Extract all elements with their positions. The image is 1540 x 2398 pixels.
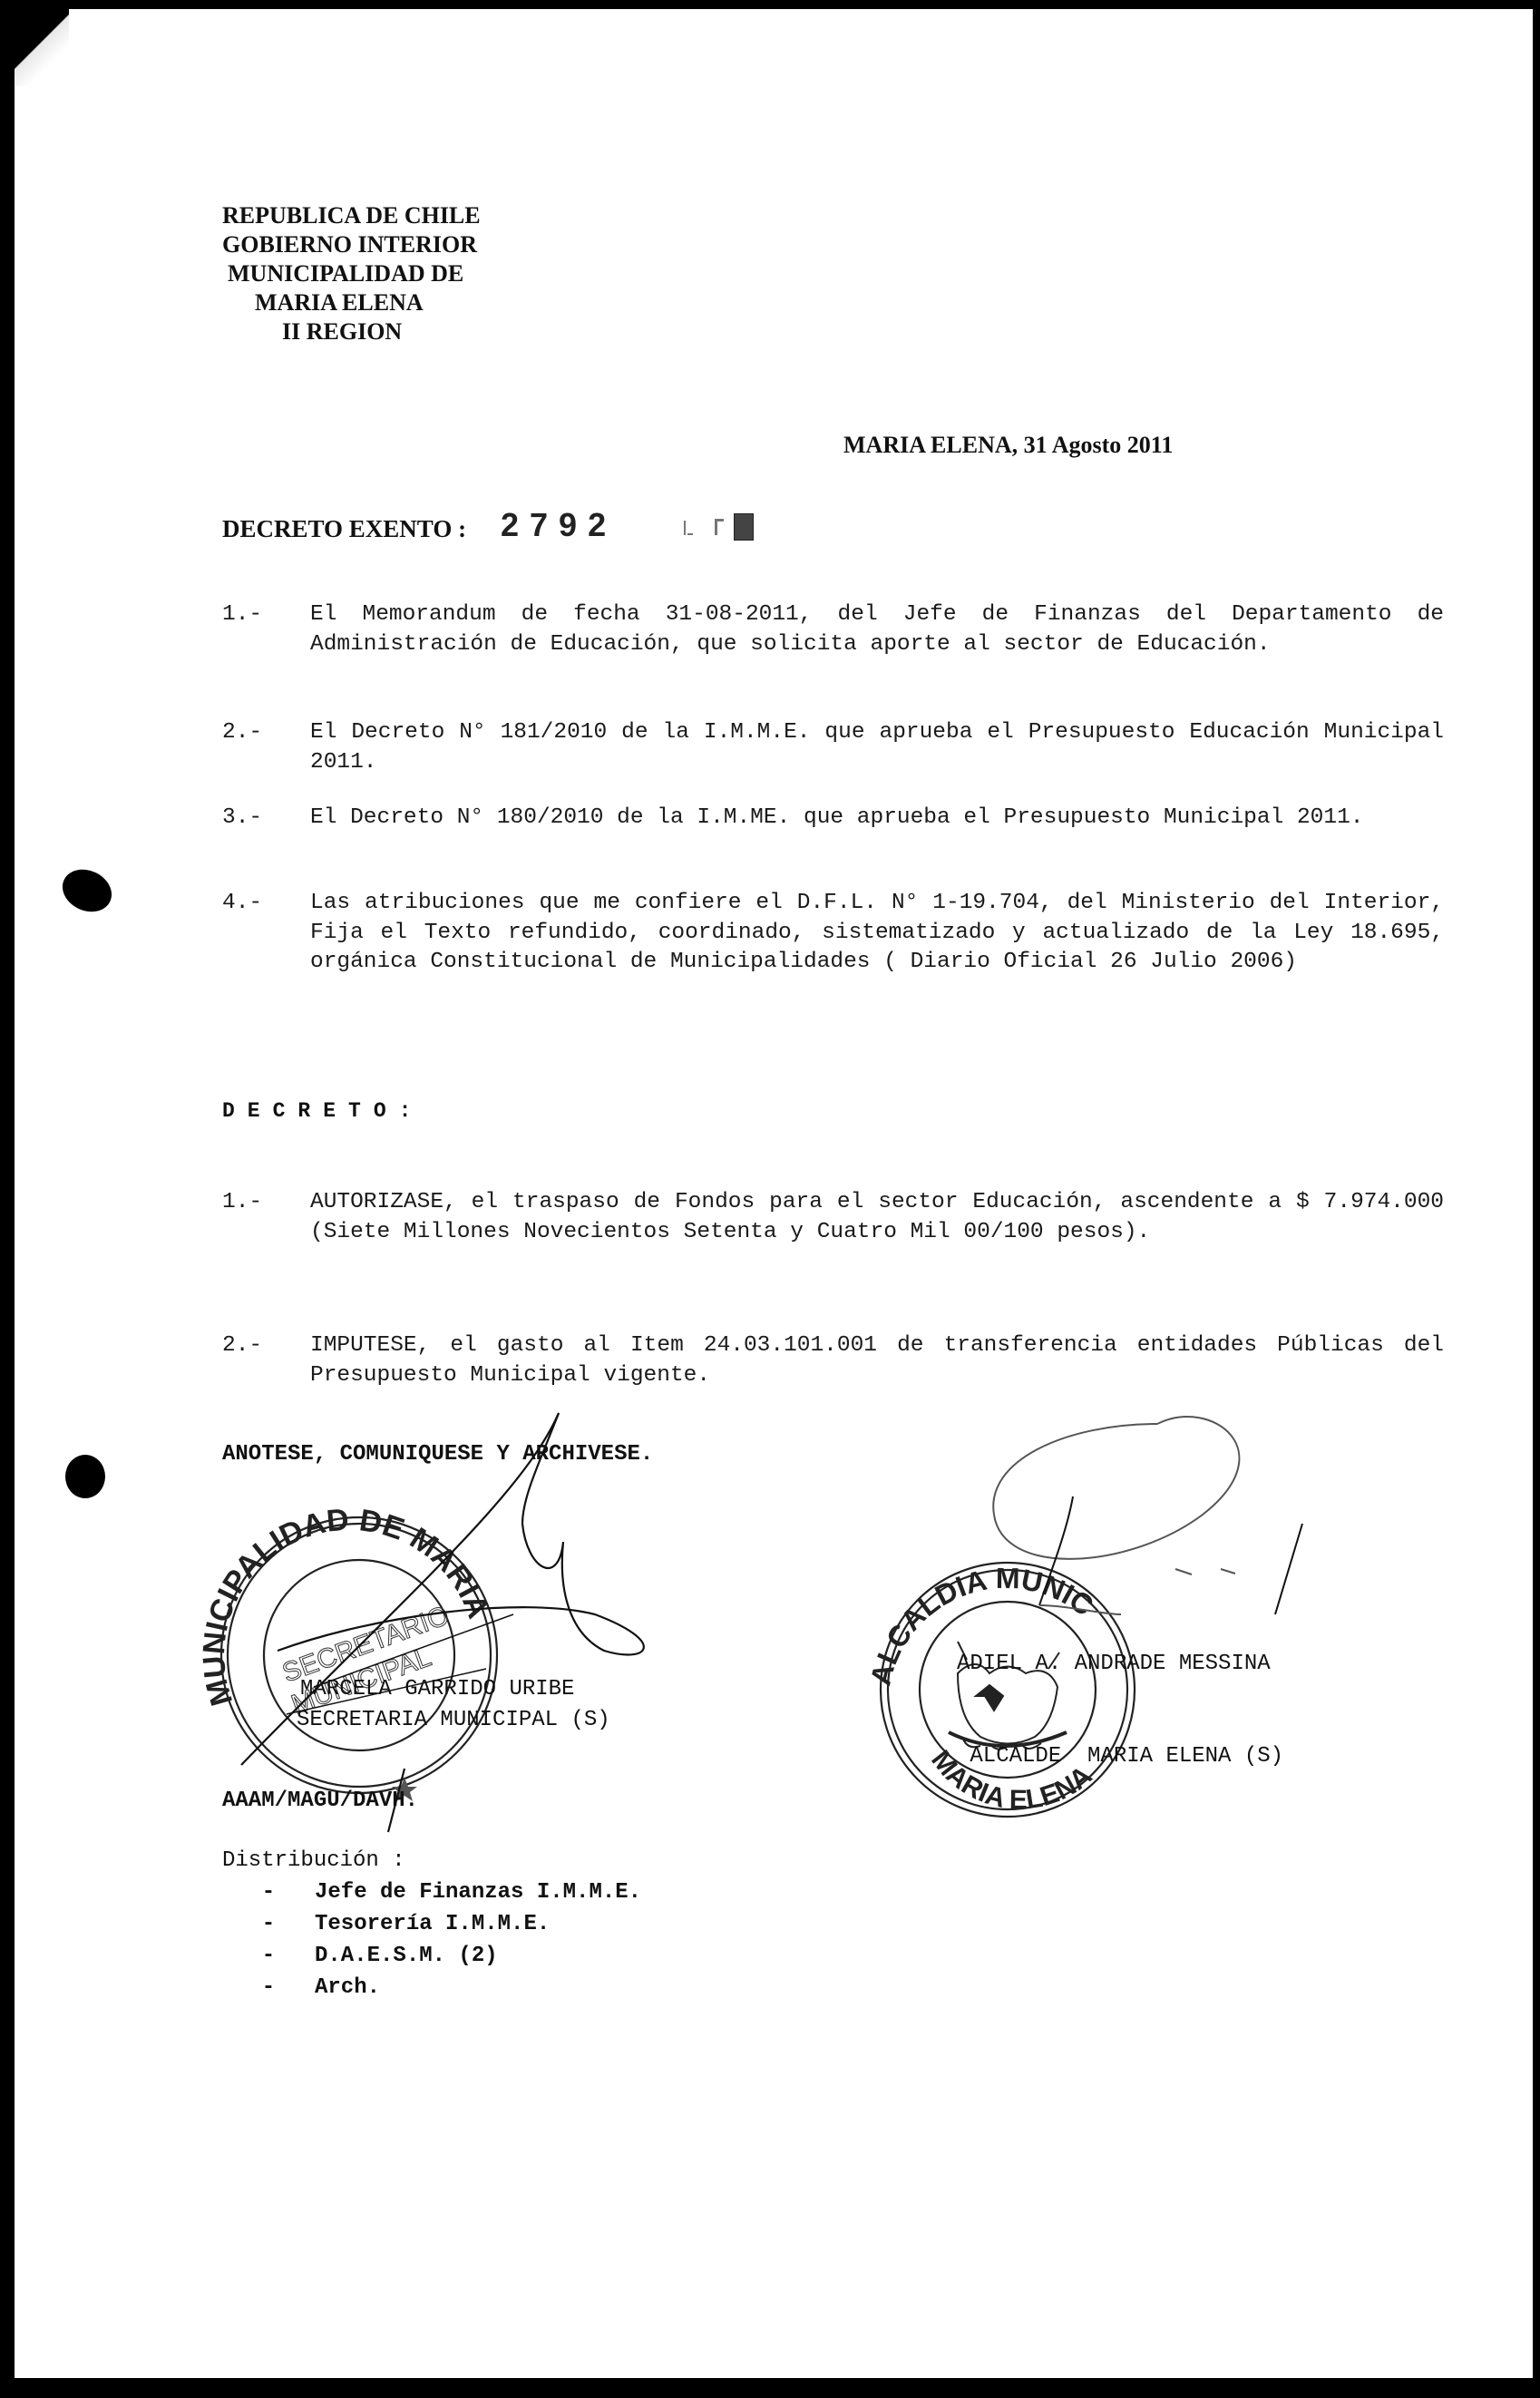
secretary-signature-block: MARCELA GARRIDO URIBE SECRETARIA MUNICIP…: [300, 1674, 610, 1736]
header-line: GOBIERNO INTERIOR: [222, 230, 494, 259]
mayor-signature-block: ADIEL A. ANDRADE MESSINA ALCALDE MARIA E…: [957, 1587, 1283, 1834]
item-number: 2.-: [222, 1331, 262, 1361]
mayor-name: ADIEL A. ANDRADE MESSINA: [957, 1649, 1283, 1680]
date-line: MARIA ELENA, 31 Agosto 2011: [843, 432, 1173, 459]
secretary-title: SECRETARIA MUNICIPAL (S): [297, 1705, 610, 1736]
item-text: El Decreto N° 181/2010 de la I.M.M.E. qu…: [310, 718, 1444, 777]
header-line: MUNICIPALIDAD DE: [222, 259, 494, 288]
secretary-stamp: [221, 1517, 497, 1793]
document-page: REPUBLICA DE CHILE GOBIERNO INTERIOR MUN…: [15, 9, 1533, 2378]
author-initials: AAAM/MAGU/DAVH.: [222, 1789, 418, 1813]
punch-hole-top: [55, 862, 118, 920]
distribution-item: -Tesorería I.M.M.E.: [222, 1908, 641, 1940]
secretary-name: MARCELA GARRIDO URIBE: [300, 1674, 610, 1705]
header-line: REPUBLICA DE CHILE: [222, 201, 494, 230]
item-text: El Memorandum de fecha 31-08-2011, del J…: [310, 600, 1444, 659]
item-number: 4.-: [222, 889, 262, 919]
distribution-item: -Arch.: [222, 1972, 641, 2003]
decree-number: 2792: [501, 506, 617, 544]
punch-hole-bottom: [65, 1455, 105, 1498]
header-line: MARIA ELENA: [222, 288, 494, 317]
item-text: IMPUTESE, el gasto al Item 24.03.101.001…: [310, 1331, 1444, 1390]
item-number: 2.-: [222, 718, 262, 748]
closing-formula: ANOTESE, COMUNIQUESE Y ARCHIVESE.: [222, 1442, 653, 1467]
svg-text:ALCALDIA MUNICIPAL: ALCALDIA MUNICIPAL: [15, 9, 1099, 1689]
decree-label: DECRETO EXENTO :: [222, 515, 466, 543]
stamp-mark: [668, 513, 754, 542]
item-number: 3.-: [222, 804, 262, 833]
mayor-signature: [993, 1417, 1302, 1614]
item-text: Las atribuciones que me confiere el D.F.…: [310, 889, 1444, 978]
item-number: 1.-: [222, 1188, 262, 1218]
item-text: AUTORIZASE, el traspaso de Fondos para e…: [310, 1188, 1444, 1247]
distribution-list: Distribución : -Jefe de Finanzas I.M.M.E…: [222, 1845, 641, 2003]
distribution-item: -D.A.E.S.M. (2): [222, 1940, 641, 1972]
distribution-title: Distribución :: [222, 1845, 641, 1876]
folded-corner: [15, 9, 69, 86]
header-line: II REGION: [222, 317, 494, 346]
decreto-heading: DECRETO:: [222, 1099, 424, 1123]
issuer-header: REPUBLICA DE CHILE GOBIERNO INTERIOR MUN…: [222, 201, 494, 346]
item-text: El Decreto N° 180/2010 de la I.M.ME. que…: [310, 804, 1444, 833]
distribution-item: -Jefe de Finanzas I.M.M.E.: [222, 1876, 641, 1908]
mayor-title: ALCALDE MARIA ELENA (S): [957, 1741, 1283, 1772]
item-number: 1.-: [222, 600, 262, 630]
secretary-signature: [241, 1413, 644, 1832]
